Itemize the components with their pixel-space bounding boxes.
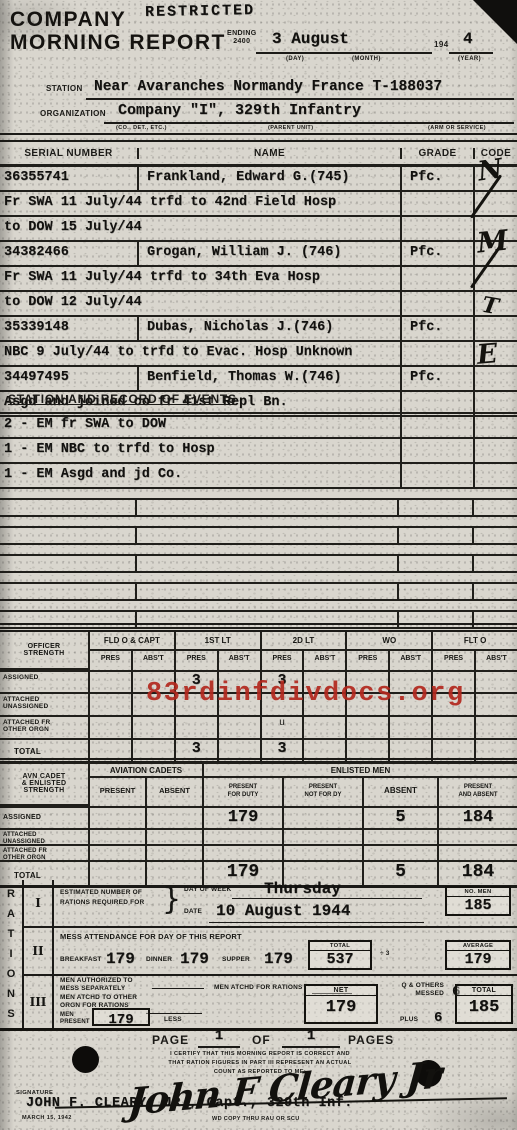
- col-name: NAME: [137, 148, 400, 159]
- code-cell: [473, 317, 517, 340]
- sub-pres: PRES: [88, 651, 131, 670]
- ending-2400-label: ENDING 2400: [227, 30, 257, 47]
- form-title-line2: MORNING REPORT: [10, 31, 226, 55]
- rations-numeral-3: III: [24, 976, 54, 1028]
- grade: Pfc.: [400, 167, 473, 190]
- date-value: 10 August 1944: [216, 902, 350, 920]
- grade: Pfc.: [400, 367, 473, 390]
- mess-average-box: AVERAGE 179: [445, 940, 511, 970]
- blank-row: [0, 582, 517, 601]
- enlisted-header: AVN CADET & ENLISTED STRENGTH AVIATION C…: [0, 762, 517, 806]
- rations-estimated-label: ESTIMATED NUMBER OF RATIONS REQUIRED FOR: [60, 888, 144, 908]
- handwritten-code-mark: E: [476, 338, 499, 371]
- blank-row: [0, 526, 517, 545]
- station-field: Near Avaranches Normandy France T-188037: [86, 76, 514, 100]
- no-men-value: 185: [447, 897, 509, 914]
- organization-value: Company "I", 329th Infantry: [118, 102, 361, 119]
- morning-report-document: COMPANY RESTRICTED MORNING REPORT ENDING…: [0, 0, 517, 1130]
- dinner-value: 179: [180, 950, 209, 968]
- plus-label: PLUS: [400, 1016, 418, 1023]
- record-of-events-section: STATION AND RECORD OF EVENTS 2 - EM fr S…: [0, 390, 517, 629]
- q-others-label: Q & OTHERS MESSED: [392, 982, 444, 999]
- form-date: MARCH 15, 1942: [22, 1115, 72, 1121]
- event-line: 1 - EM NBC to trfd to Hosp: [0, 439, 517, 464]
- roster-remark-row: NBC 9 July/44 to trfd to Evac. Hosp Unkn…: [0, 342, 517, 367]
- rations-row-3: III MEN AUTHORIZED TO MESS SEPARATELY ME…: [24, 976, 517, 1028]
- event-line: 2 - EM fr SWA to DOW: [0, 414, 517, 439]
- brace: }: [162, 882, 181, 917]
- organization-field: Company "I", 329th Infantry: [104, 100, 514, 124]
- soldier-name: Grogan, William J. (746): [137, 242, 400, 265]
- enlisted-strength-corner-label: AVN CADET & ENLISTED STRENGTH: [0, 762, 88, 806]
- pages-number: 1: [307, 1028, 315, 1044]
- report-date-field: 3 August: [256, 28, 432, 54]
- group-fldo-capt: FLD O & CAPT: [88, 632, 174, 649]
- grade: Pfc.: [400, 317, 473, 340]
- sub-abst: ABS'T: [131, 651, 174, 670]
- col-grade: GRADE: [400, 148, 473, 159]
- rations-total-box: TOTAL 185: [455, 984, 513, 1024]
- roster-remark-row: to DOW 12 July/44: [0, 292, 517, 317]
- men-present-label: MEN PRESENT: [60, 1012, 90, 1025]
- day-of-week-value: Thursday: [264, 880, 341, 898]
- pages-label: PAGES: [348, 1033, 394, 1047]
- group-aviation-cadets: AVIATION CADETS: [88, 762, 202, 776]
- no-men-box: NO. MEN 185: [445, 886, 511, 916]
- plus-value: 6: [434, 1010, 442, 1026]
- organization-label: ORGANIZATION: [40, 109, 106, 118]
- page-number: 1: [215, 1028, 223, 1044]
- net-value: 179: [306, 996, 376, 1018]
- year-value: 4: [463, 30, 473, 48]
- roster-row: 35339148 Dubas, Nicholas J.(746) Pfc.: [0, 317, 517, 342]
- events-title: STATION AND RECORD OF EVENTS: [8, 392, 237, 406]
- mess-total-value: 537: [310, 951, 370, 968]
- serial-number: 35339148: [0, 317, 137, 340]
- serial-number: 36355741: [0, 167, 137, 190]
- net-box: NET 179: [304, 984, 378, 1024]
- rations-total-value: 185: [457, 996, 511, 1018]
- remark: to DOW 15 July/44: [0, 217, 400, 240]
- enlisted-row-assigned: ASSIGNED 179 5 184: [0, 808, 517, 830]
- rations-row-1: I ESTIMATED NUMBER OF RATIONS REQUIRED F…: [24, 880, 517, 928]
- soldier-name: Dubas, Nicholas J.(746): [137, 317, 400, 340]
- remark: Fr SWA 11 July/44 trfd to 42nd Field Hos…: [0, 192, 400, 215]
- day-of-week-label: DAY OF WEEK: [184, 886, 231, 893]
- group-flt-o: FLT O: [431, 632, 517, 649]
- report-date-value: 3 August: [272, 30, 349, 48]
- page-label: PAGE: [152, 1033, 189, 1047]
- group-1st-lt: 1ST LT: [174, 632, 260, 649]
- footer: PAGE 1 OF 1 PAGES I CERTIFY THAT THIS MO…: [0, 1028, 517, 1130]
- org-sublabel-unit: (CO., DET., ETC.): [116, 125, 167, 131]
- mess-separately-label: MEN AUTHORIZED TO MESS SEPARATELY: [60, 977, 133, 993]
- roster-row: 36355741 Frankland, Edward G.(745) Pfc.: [0, 167, 517, 192]
- officer-header: OFFICER STRENGTH FLD O & CAPT 1ST LT 2D …: [0, 632, 517, 670]
- mess-total-box: TOTAL 537: [308, 940, 372, 970]
- org-sublabel-arm: (ARM OR SERVICE): [428, 125, 486, 131]
- punch-hole: [72, 1046, 99, 1073]
- roster-remark-row: to DOW 15 July/44: [0, 217, 517, 242]
- blank-row: [0, 554, 517, 573]
- serial-number: 34497495: [0, 367, 137, 390]
- enlisted-row-attached-unassigned: ATTACHED UNASSIGNED: [0, 830, 517, 846]
- mess-attendance-label: MESS ATTENDANCE FOR DAY OF THIS REPORT: [60, 932, 242, 941]
- double-rule: [0, 133, 517, 142]
- serial-number: 34382466: [0, 242, 137, 265]
- classification-stamp: RESTRICTED: [145, 2, 255, 21]
- date-label: DATE: [184, 908, 202, 915]
- roster-remark-row: Fr SWA 11 July/44 trfd to 34th Eva Hosp: [0, 267, 517, 292]
- group-wo: WO: [345, 632, 431, 649]
- grade: Pfc.: [400, 242, 473, 265]
- men-present-box: 179: [92, 1008, 150, 1026]
- rations-numeral-1: I: [24, 880, 54, 926]
- group-2d-lt: 2D LT: [260, 632, 346, 649]
- rations-numeral-2: II: [24, 928, 54, 974]
- month-sublabel: (MONTH): [352, 56, 381, 62]
- roster-header-row: SERIAL NUMBER NAME GRADE CODE: [0, 142, 517, 167]
- mess-average-value: 179: [447, 951, 509, 968]
- less-label: LESS: [164, 1016, 182, 1023]
- group-enlisted-men: ENLISTED MEN: [202, 762, 517, 776]
- enlisted-row-attached-other: ATTACHED FR OTHER ORGN: [0, 846, 517, 862]
- men-present-value: 179: [108, 1012, 133, 1028]
- supper-value: 179: [264, 950, 293, 968]
- soldier-name: Frankland, Edward G.(745): [137, 167, 400, 190]
- rations-section: RAT ION S I ESTIMATED NUMBER OF RATIONS …: [0, 880, 517, 1031]
- atchd-for-rations-label: MEN ATCHD FOR RATIONS: [214, 984, 303, 991]
- page-corner-fold: [473, 0, 517, 44]
- station-value: Near Avaranches Normandy France T-188037: [94, 79, 442, 95]
- col-serial-number: SERIAL NUMBER: [0, 148, 137, 159]
- roster-table: SERIAL NUMBER NAME GRADE CODE 36355741 F…: [0, 133, 517, 417]
- events-title-row: STATION AND RECORD OF EVENTS: [0, 390, 517, 414]
- year-sublabel: (YEAR): [458, 56, 481, 62]
- enlisted-strength-table: AVN CADET & ENLISTED STRENGTH AVIATION C…: [0, 758, 517, 888]
- footer-footnote: WD COPY THRU RAU OR SCU: [212, 1116, 300, 1122]
- handwritten-code-mark: N: [476, 153, 505, 187]
- blank-row: [0, 498, 517, 517]
- day-sublabel: (DAY): [286, 56, 304, 62]
- roster-row: 34382466 Grogan, William J. (746) Pfc.: [0, 242, 517, 267]
- org-sublabel-parent: (PARENT UNIT): [268, 125, 313, 131]
- officer-row-attached-other: ATTACHED FR OTHER ORGN u: [0, 717, 517, 740]
- rations-row-2: II MESS ATTENDANCE FOR DAY OF THIS REPOR…: [24, 928, 517, 976]
- site-watermark: 83rdinfdivdocs.org: [146, 679, 465, 709]
- year-preprint: 194: [434, 40, 449, 49]
- remark: Fr SWA 11 July/44 trfd to 34th Eva Hosp: [0, 267, 400, 290]
- of-label: OF: [252, 1033, 271, 1047]
- soldier-name: Benfield, Thomas W.(746): [137, 367, 400, 390]
- event-line: 1 - EM Asgd and jd Co.: [0, 464, 517, 489]
- divide-by-three: ÷ 3: [380, 950, 390, 957]
- rations-side-label: RAT ION S: [0, 880, 24, 1028]
- officer-strength-corner-label: OFFICER STRENGTH: [0, 632, 88, 670]
- breakfast-value: 179: [106, 950, 135, 968]
- station-label: STATION: [46, 84, 83, 93]
- form-title-line1: COMPANY: [10, 8, 126, 32]
- roster-row: 34497495 Benfield, Thomas W.(746) Pfc.: [0, 367, 517, 392]
- roster-remark-row: Fr SWA 11 July/44 trfd to 42nd Field Hos…: [0, 192, 517, 217]
- remark: NBC 9 July/44 to trfd to Evac. Hosp Unkn…: [0, 342, 400, 365]
- remark: to DOW 12 July/44: [0, 292, 400, 315]
